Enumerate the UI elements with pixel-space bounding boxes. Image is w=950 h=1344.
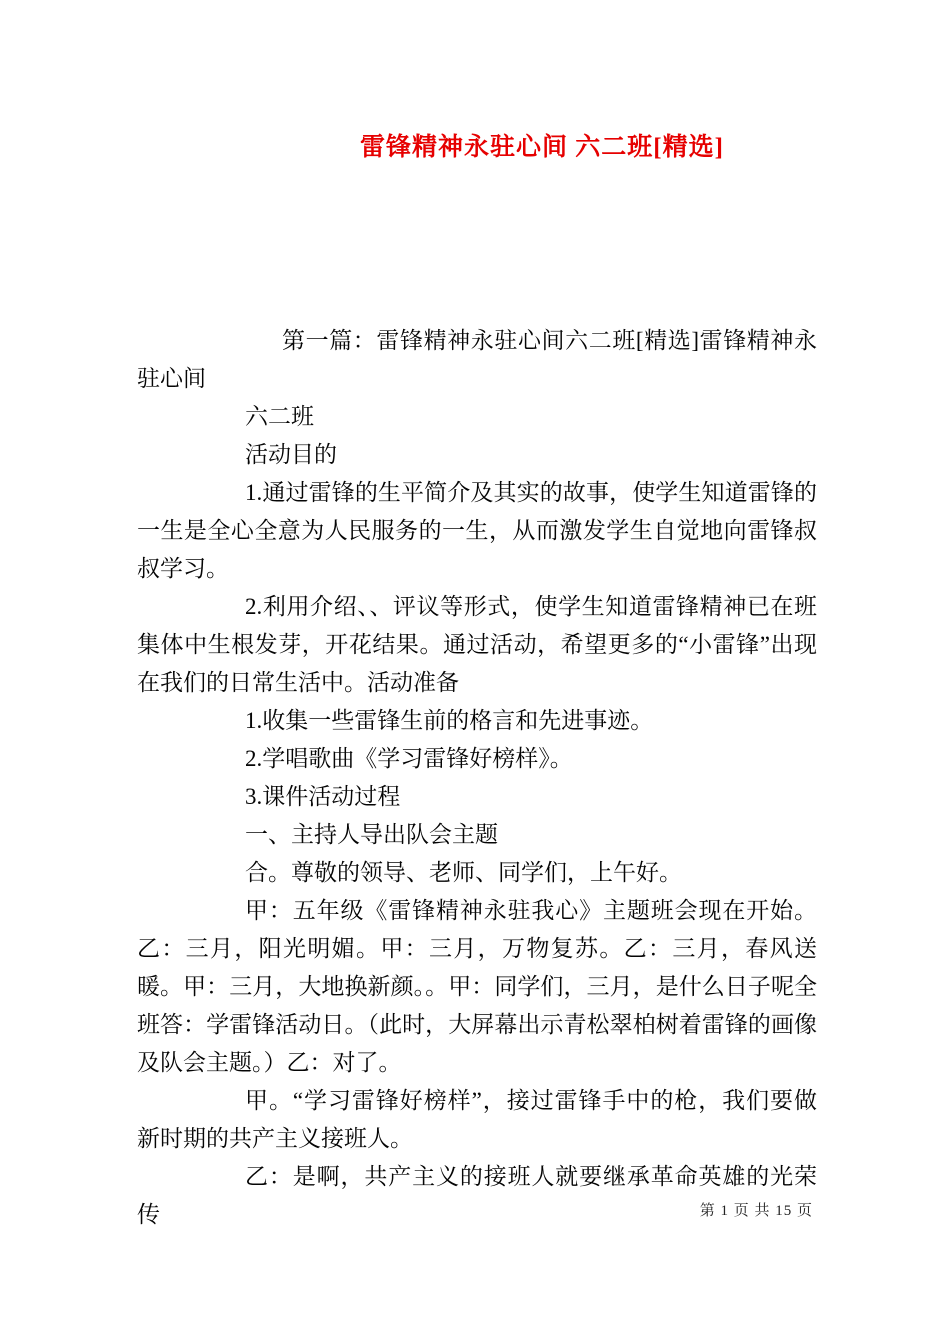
paragraph: 2.学唱歌曲《学习雷锋好榜样》。 [137,740,817,778]
paragraph: 3.课件活动过程 [137,778,817,816]
paragraph: 乙：是啊，共产主义的接班人就要继承革命英雄的光荣传 [137,1158,817,1234]
paragraph: 合。尊敬的领导、老师、同学们，上午好。 [137,854,817,892]
document-body: 第一篇：雷锋精神永驻心间六二班[精选]雷锋精神永驻心间六二班活动目的1.通过雷锋… [137,322,817,1234]
paragraph: 第一篇：雷锋精神永驻心间六二班[精选]雷锋精神永驻心间 [137,322,817,398]
page-number-footer: 第 1 页 共 15 页 [137,1199,813,1220]
document-title: 雷锋精神永驻心间 六二班[精选] [0,127,950,163]
paragraph: 2.利用介绍、、评议等形式，使学生知道雷锋精神已在班集体中生根发芽，开花结果。通… [137,588,817,702]
paragraph: 六二班 [137,398,817,436]
paragraph: 一、主持人导出队会主题 [137,816,817,854]
paragraph: 1.通过雷锋的生平简介及其实的故事，使学生知道雷锋的一生是全心全意为人民服务的一… [137,474,817,588]
document-page: 雷锋精神永驻心间 六二班[精选] 第一篇：雷锋精神永驻心间六二班[精选]雷锋精神… [0,0,950,1344]
paragraph: 甲。“学习雷锋好榜样”，接过雷锋手中的枪，我们要做新时期的共产主义接班人。 [137,1082,817,1158]
paragraph: 活动目的 [137,436,817,474]
paragraph: 1.收集一些雷锋生前的格言和先进事迹。 [137,702,817,740]
paragraph: 甲：五年级《雷锋精神永驻我心》主题班会现在开始。乙：三月，阳光明媚。甲：三月，万… [137,892,817,1082]
